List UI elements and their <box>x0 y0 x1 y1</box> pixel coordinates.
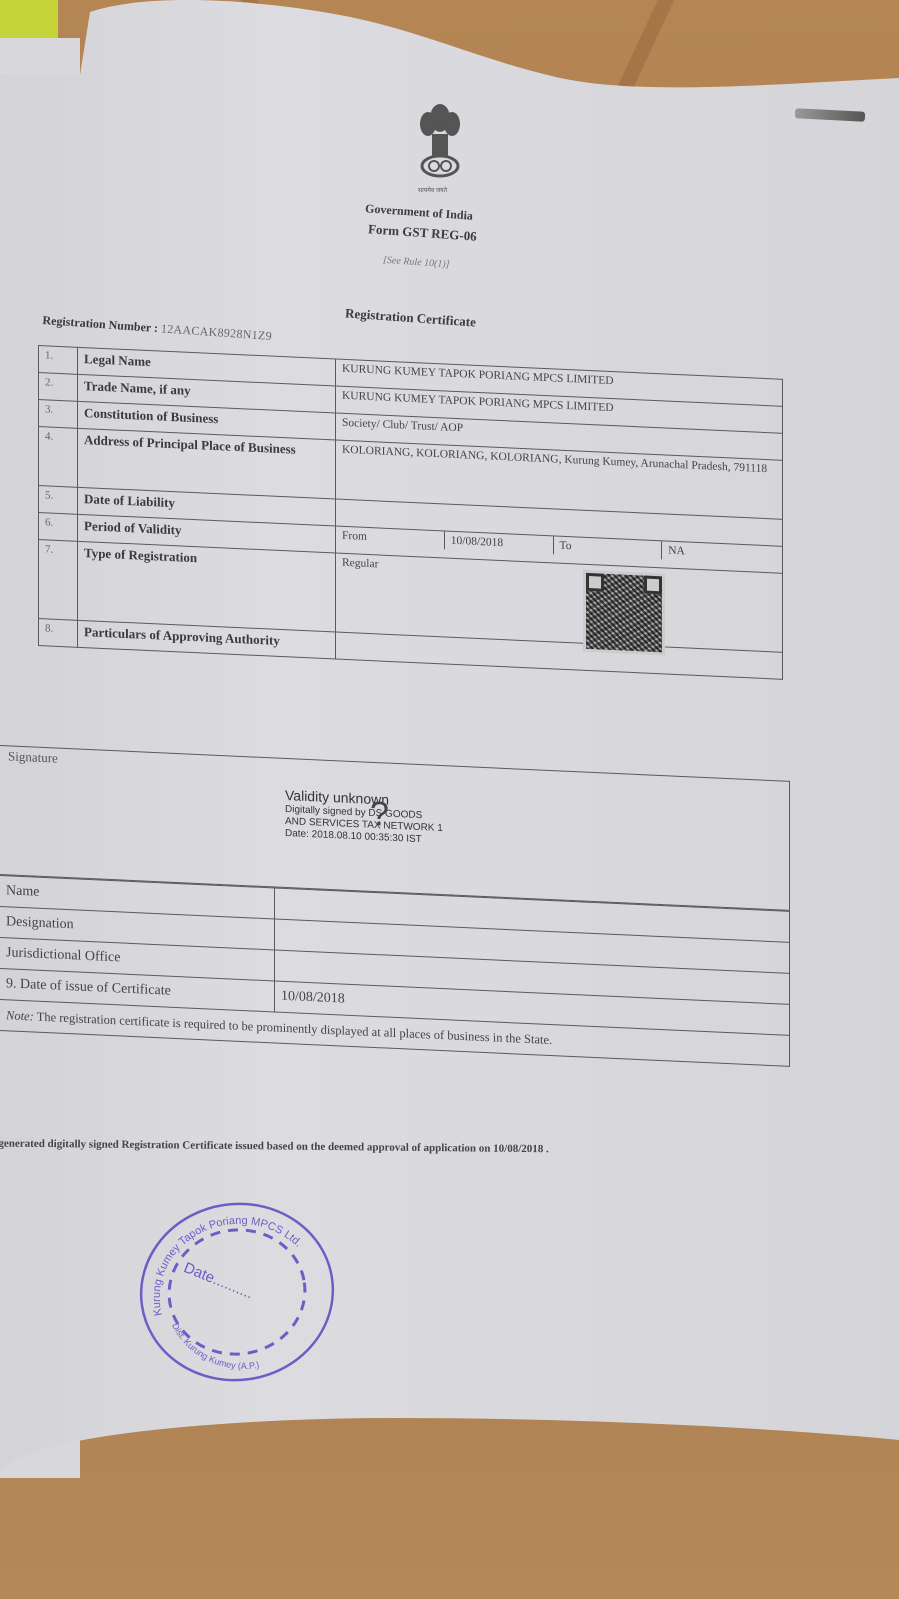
header-form: Form GST REG-06 <box>368 221 478 245</box>
system-generated-footer: This is a system generated digitally sig… <box>0 1137 549 1156</box>
validity-to-date: NA <box>662 541 770 564</box>
header-government: Government of India <box>365 201 474 223</box>
society-rubber-stamp: Kurung Kumey Tapok Poriang MPCS Ltd. Dis… <box>132 1195 342 1390</box>
stamp-lower-text: Dist. Kurung Kumey (A.P.) <box>170 1321 260 1371</box>
digital-signature: Validity unknown Digitally signed by DS … <box>285 787 443 846</box>
validity-from-label: From <box>336 527 445 550</box>
svg-text:Dist. Kurung Kumey (A.P.): Dist. Kurung Kumey (A.P.) <box>170 1321 260 1371</box>
stamp-outer-text: Kurung Kumey Tapok Poriang MPCS Ltd. <box>151 1215 304 1317</box>
registration-number-line: Registration Number : 12AACAK8928N1Z9 <box>42 313 272 344</box>
certificate-title: Registration Certificate <box>345 305 477 330</box>
validity-from-date: 10/08/2018 <box>445 531 554 554</box>
registration-number-label: Registration Number : <box>42 313 161 335</box>
qr-code <box>586 573 662 652</box>
svg-text:Kurung Kumey Tapok Poriang MPC: Kurung Kumey Tapok Poriang MPCS Ltd. <box>151 1215 304 1317</box>
signature-section: Signature Validity unknown Digitally sig… <box>0 745 790 1067</box>
national-emblem-icon <box>412 100 468 190</box>
validity-to-label: To <box>554 536 663 559</box>
registration-number: 12AACAK8928N1Z9 <box>160 321 272 343</box>
type-of-registration-label: Type of Registration <box>78 541 336 632</box>
stamp-date-text: Date.......... <box>181 1259 255 1302</box>
signature-label: Signature <box>8 748 58 766</box>
header-rule: [See Rule 10(1)] <box>383 255 450 271</box>
unknown-validity-question-icon: ? <box>370 795 389 835</box>
registration-certificate: सत्यमेव जयते Government of India Form GS… <box>0 0 899 1599</box>
emblem-caption: सत्यमेव जयते <box>418 186 447 194</box>
type-of-registration-value: Regular <box>342 557 378 571</box>
registration-details-table: 1. Legal Name KURUNG KUMEY TAPOK PORIANG… <box>38 345 783 680</box>
note-prefix: Note: <box>6 1008 34 1023</box>
